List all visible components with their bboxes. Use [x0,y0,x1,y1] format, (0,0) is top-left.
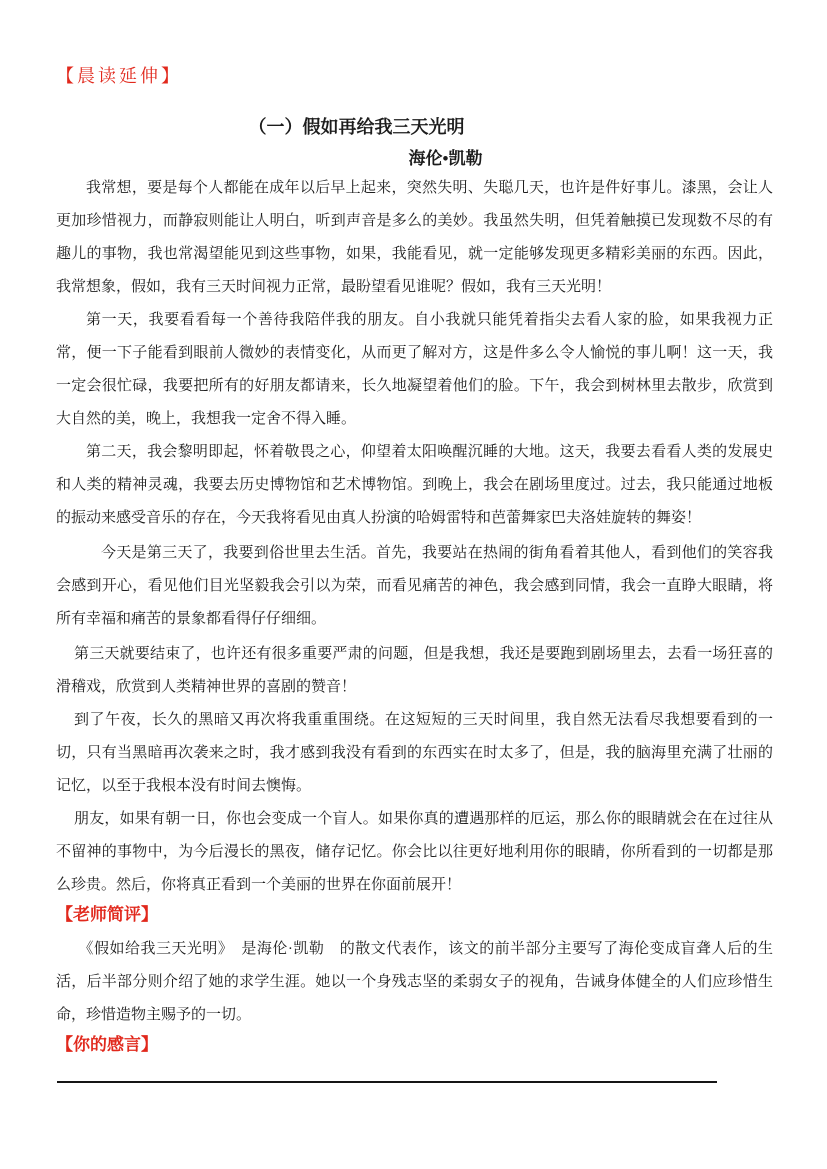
article-title: （一）假如再给我三天光明 [0,114,715,140]
article-author: 海伦•凯勒 [87,146,804,172]
article-paragraph: 第一天，我要看看每一个善待我陪伴我的朋友。自小我就只能凭着指尖去看人家的脸，如果… [56,304,773,436]
teacher-review-paragraph: 《假如给我三天光明》 是海伦·凯勒 的散文代表作，该文的前半部分主要写了海伦变成… [56,933,773,1032]
article-paragraph: 第三天就要结束了，也许还有很多重要严肃的问题，但是我想，我还是要跑到剧场里去，去… [56,638,773,704]
answer-writing-line [57,1081,717,1083]
article-paragraph: 今天是第三天了，我要到俗世里去生活。首先，我要站在热闹的街角看着其他人，看到他们… [56,537,773,636]
document-page: 【晨读延伸】 （一）假如再给我三天光明 海伦•凯勒 我常想，要是每个人都能在成年… [0,0,827,1169]
article-paragraph: 第二天，我会黎明即起，怀着敬畏之心，仰望着太阳唤醒沉睡的大地。这天，我要去看看人… [56,436,773,535]
article-paragraph: 我常想，要是每个人都能在成年以后早上起来，突然失明、失聪几天，也许是件好事儿。漆… [56,172,773,304]
section-heading-your-thoughts: 【你的感言】 [56,1032,773,1058]
article-paragraph: 到了午夜，长久的黑暗又再次将我重重围绕。在这短短的三天时间里，我自然无法看尽我想… [56,704,773,803]
section-heading-morning-reading: 【晨读延伸】 [56,64,773,88]
article-paragraph: 朋友，如果有朝一日，你也会变成一个盲人。如果你真的遭遇那样的厄运，那么你的眼睛就… [56,803,773,902]
section-heading-teacher-review: 【老师简评】 [56,902,773,928]
